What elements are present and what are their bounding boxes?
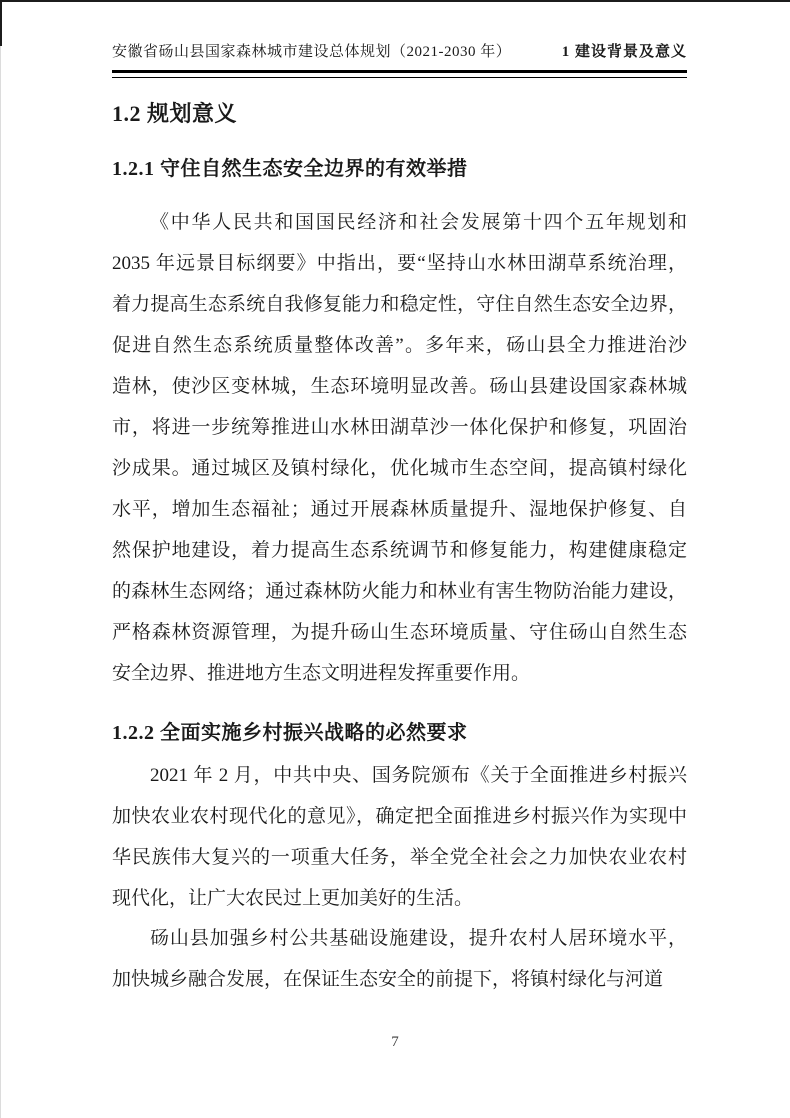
text-line: 2021 年 2 月，中共中央、国务院颁布《关于全面推进乡村振兴 xyxy=(112,755,687,796)
text-line: 现代化，让广大农民过上更加美好的生活。 xyxy=(112,878,687,919)
paragraph-rural-infrastructure: 砀山县加强乡村公共基础设施建设，提升农村人居环境水平，加快城乡融合发展，在保证生… xyxy=(112,918,687,1000)
text-line: 华民族伟大复兴的一项重大任务，举全党全社会之力加快农业农村 xyxy=(112,837,687,878)
text-line: 《中华人民共和国国民经济和社会发展第十四个五年规划和 xyxy=(112,202,687,243)
text-line: 沙成果。通过城区及镇村绿化，优化城市生态空间，提高镇村绿化 xyxy=(112,448,687,489)
text-line: 水平，增加生态福祉；通过开展森林质量提升、湿地保护修复、自 xyxy=(112,489,687,530)
page-footer: 7 xyxy=(0,1034,790,1051)
text-line: 促进自然生态系统质量整体改善”。多年来，砀山县全力推进治沙 xyxy=(112,325,687,366)
text-line: 着力提高生态系统自我修复能力和稳定性，守住自然生态安全边界， xyxy=(112,284,687,325)
text-line: 市，将进一步统筹推进山水林田湖草沙一体化保护和修复，巩固治 xyxy=(112,407,687,448)
paragraph-rural-revitalization: 2021 年 2 月，中共中央、国务院颁布《关于全面推进乡村振兴加快农业农村现代… xyxy=(112,755,687,919)
subsection-heading-1-2-1: 1.2.1 守住自然生态安全边界的有效举措 xyxy=(112,157,687,181)
text-line: 然保护地建设，着力提高生态系统调节和修复能力，构建健康稳定 xyxy=(112,530,687,571)
scan-edge-left-dark xyxy=(0,0,2,46)
header-chapter-title: 1 建设背景及意义 xyxy=(562,42,687,62)
section-heading-1-2: 1.2 规划意义 xyxy=(112,101,687,127)
text-line: 安全边界、推进地方生态文明进程发挥重要作用。 xyxy=(112,653,687,694)
text-line: 的森林生态网络；通过森林防火能力和林业有害生物防治能力建设， xyxy=(112,571,687,612)
page-number: 7 xyxy=(391,1034,399,1050)
text-line: 造林，使沙区变林城，生态环境明显改善。砀山县建设国家森林城 xyxy=(112,366,687,407)
text-line: 加快城乡融合发展，在保证生态安全的前提下，将镇村绿化与河道 xyxy=(112,959,687,1000)
scan-edge-top xyxy=(0,0,790,2)
header-doc-title: 安徽省砀山县国家森林城市建设总体规划（2021-2030 年） xyxy=(112,42,511,62)
header-rule xyxy=(112,70,687,78)
text-line: 加快农业农村现代化的意见》，确定把全面推进乡村振兴作为实现中 xyxy=(112,796,687,837)
page-header: 安徽省砀山县国家森林城市建设总体规划（2021-2030 年） 1 建设背景及意… xyxy=(112,42,687,62)
text-line: 严格森林资源管理，为提升砀山生态环境质量、守住砀山自然生态 xyxy=(112,612,687,653)
subsection-heading-1-2-2: 1.2.2 全面实施乡村振兴战略的必然要求 xyxy=(112,721,687,745)
text-line: 砀山县加强乡村公共基础设施建设，提升农村人居环境水平， xyxy=(112,918,687,959)
document-page: 安徽省砀山县国家森林城市建设总体规划（2021-2030 年） 1 建设背景及意… xyxy=(0,0,790,1118)
text-line: 2035 年远景目标纲要》中指出，要“坚持山水林田湖草系统治理， xyxy=(112,243,687,284)
paragraph-ecological-security: 《中华人民共和国国民经济和社会发展第十四个五年规划和2035 年远景目标纲要》中… xyxy=(112,202,687,694)
scan-edge-left-faint xyxy=(0,0,1,1118)
